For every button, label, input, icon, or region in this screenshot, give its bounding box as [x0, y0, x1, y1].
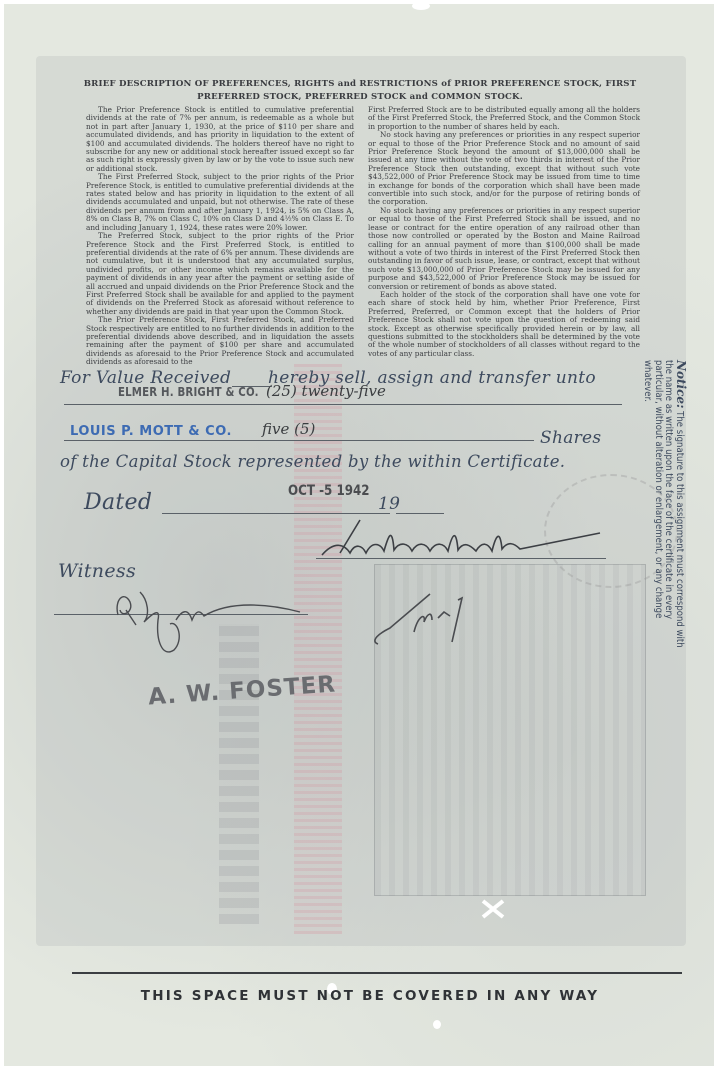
- paragraph: The Preferred Stock, subject to the prio…: [86, 232, 354, 316]
- heading-line-2: PREFERRED STOCK, PREFERRED STOCK and COM…: [60, 91, 660, 104]
- witness-signature: [100, 580, 340, 670]
- year-prefix: 19: [378, 494, 400, 514]
- heading-line-1: BRIEF DESCRIPTION OF PREFERENCES, RIGHTS…: [60, 78, 660, 91]
- description-right-column: First Preferred Stock are to be distribu…: [368, 106, 640, 358]
- dated-label: Dated: [84, 490, 152, 515]
- footer-warning: THIS SPACE MUST NOT BE COVERED IN ANY WA…: [60, 988, 680, 1004]
- paragraph: No stock having any preferences or prior…: [368, 131, 640, 207]
- second-signature-mark: [370, 582, 500, 652]
- capital-stock-text: of the Capital Stock represented by the …: [60, 452, 565, 471]
- witness-label: Witness: [58, 560, 136, 582]
- paragraph: The Prior Preference Stock is entitled t…: [86, 106, 354, 173]
- date-line: [162, 513, 390, 514]
- assignee-stamp-elmer-bright: ELMER H. BRIGHT & CO.: [118, 385, 259, 399]
- signature-line: [316, 558, 606, 559]
- notice-label: Notice:: [674, 360, 688, 408]
- handwritten-share-count-2: five (5): [262, 420, 315, 438]
- punch-hole: [433, 1020, 441, 1029]
- paragraph: The First Preferred Stock, subject to th…: [86, 173, 354, 232]
- year-line: [396, 513, 444, 514]
- assignee-stamp-louis-mott: LOUIS P. MOTT & CO.: [70, 424, 232, 439]
- paragraph: No stock having any preferences or prior…: [368, 207, 640, 291]
- cancellation-x-mark: [480, 898, 506, 920]
- punch-hole: [412, 2, 430, 10]
- signature-notice: Notice: The signature to this assignment…: [630, 360, 686, 650]
- bottom-divider: [72, 972, 682, 974]
- paragraph: Each holder of the stock of the corporat…: [368, 291, 640, 358]
- date-stamp: OCT -5 1942: [288, 483, 370, 499]
- assignee-line-1: [64, 404, 622, 405]
- shares-line: [64, 440, 534, 441]
- shares-label: Shares: [540, 428, 601, 448]
- description-heading: BRIEF DESCRIPTION OF PREFERENCES, RIGHTS…: [60, 78, 660, 104]
- paragraph: The Prior Preference Stock, First Prefer…: [86, 316, 354, 366]
- paragraph: First Preferred Stock are to be distribu…: [368, 106, 640, 131]
- handwritten-share-count-1: (25) twenty-five: [266, 382, 386, 400]
- description-left-column: The Prior Preference Stock is entitled t…: [86, 106, 354, 367]
